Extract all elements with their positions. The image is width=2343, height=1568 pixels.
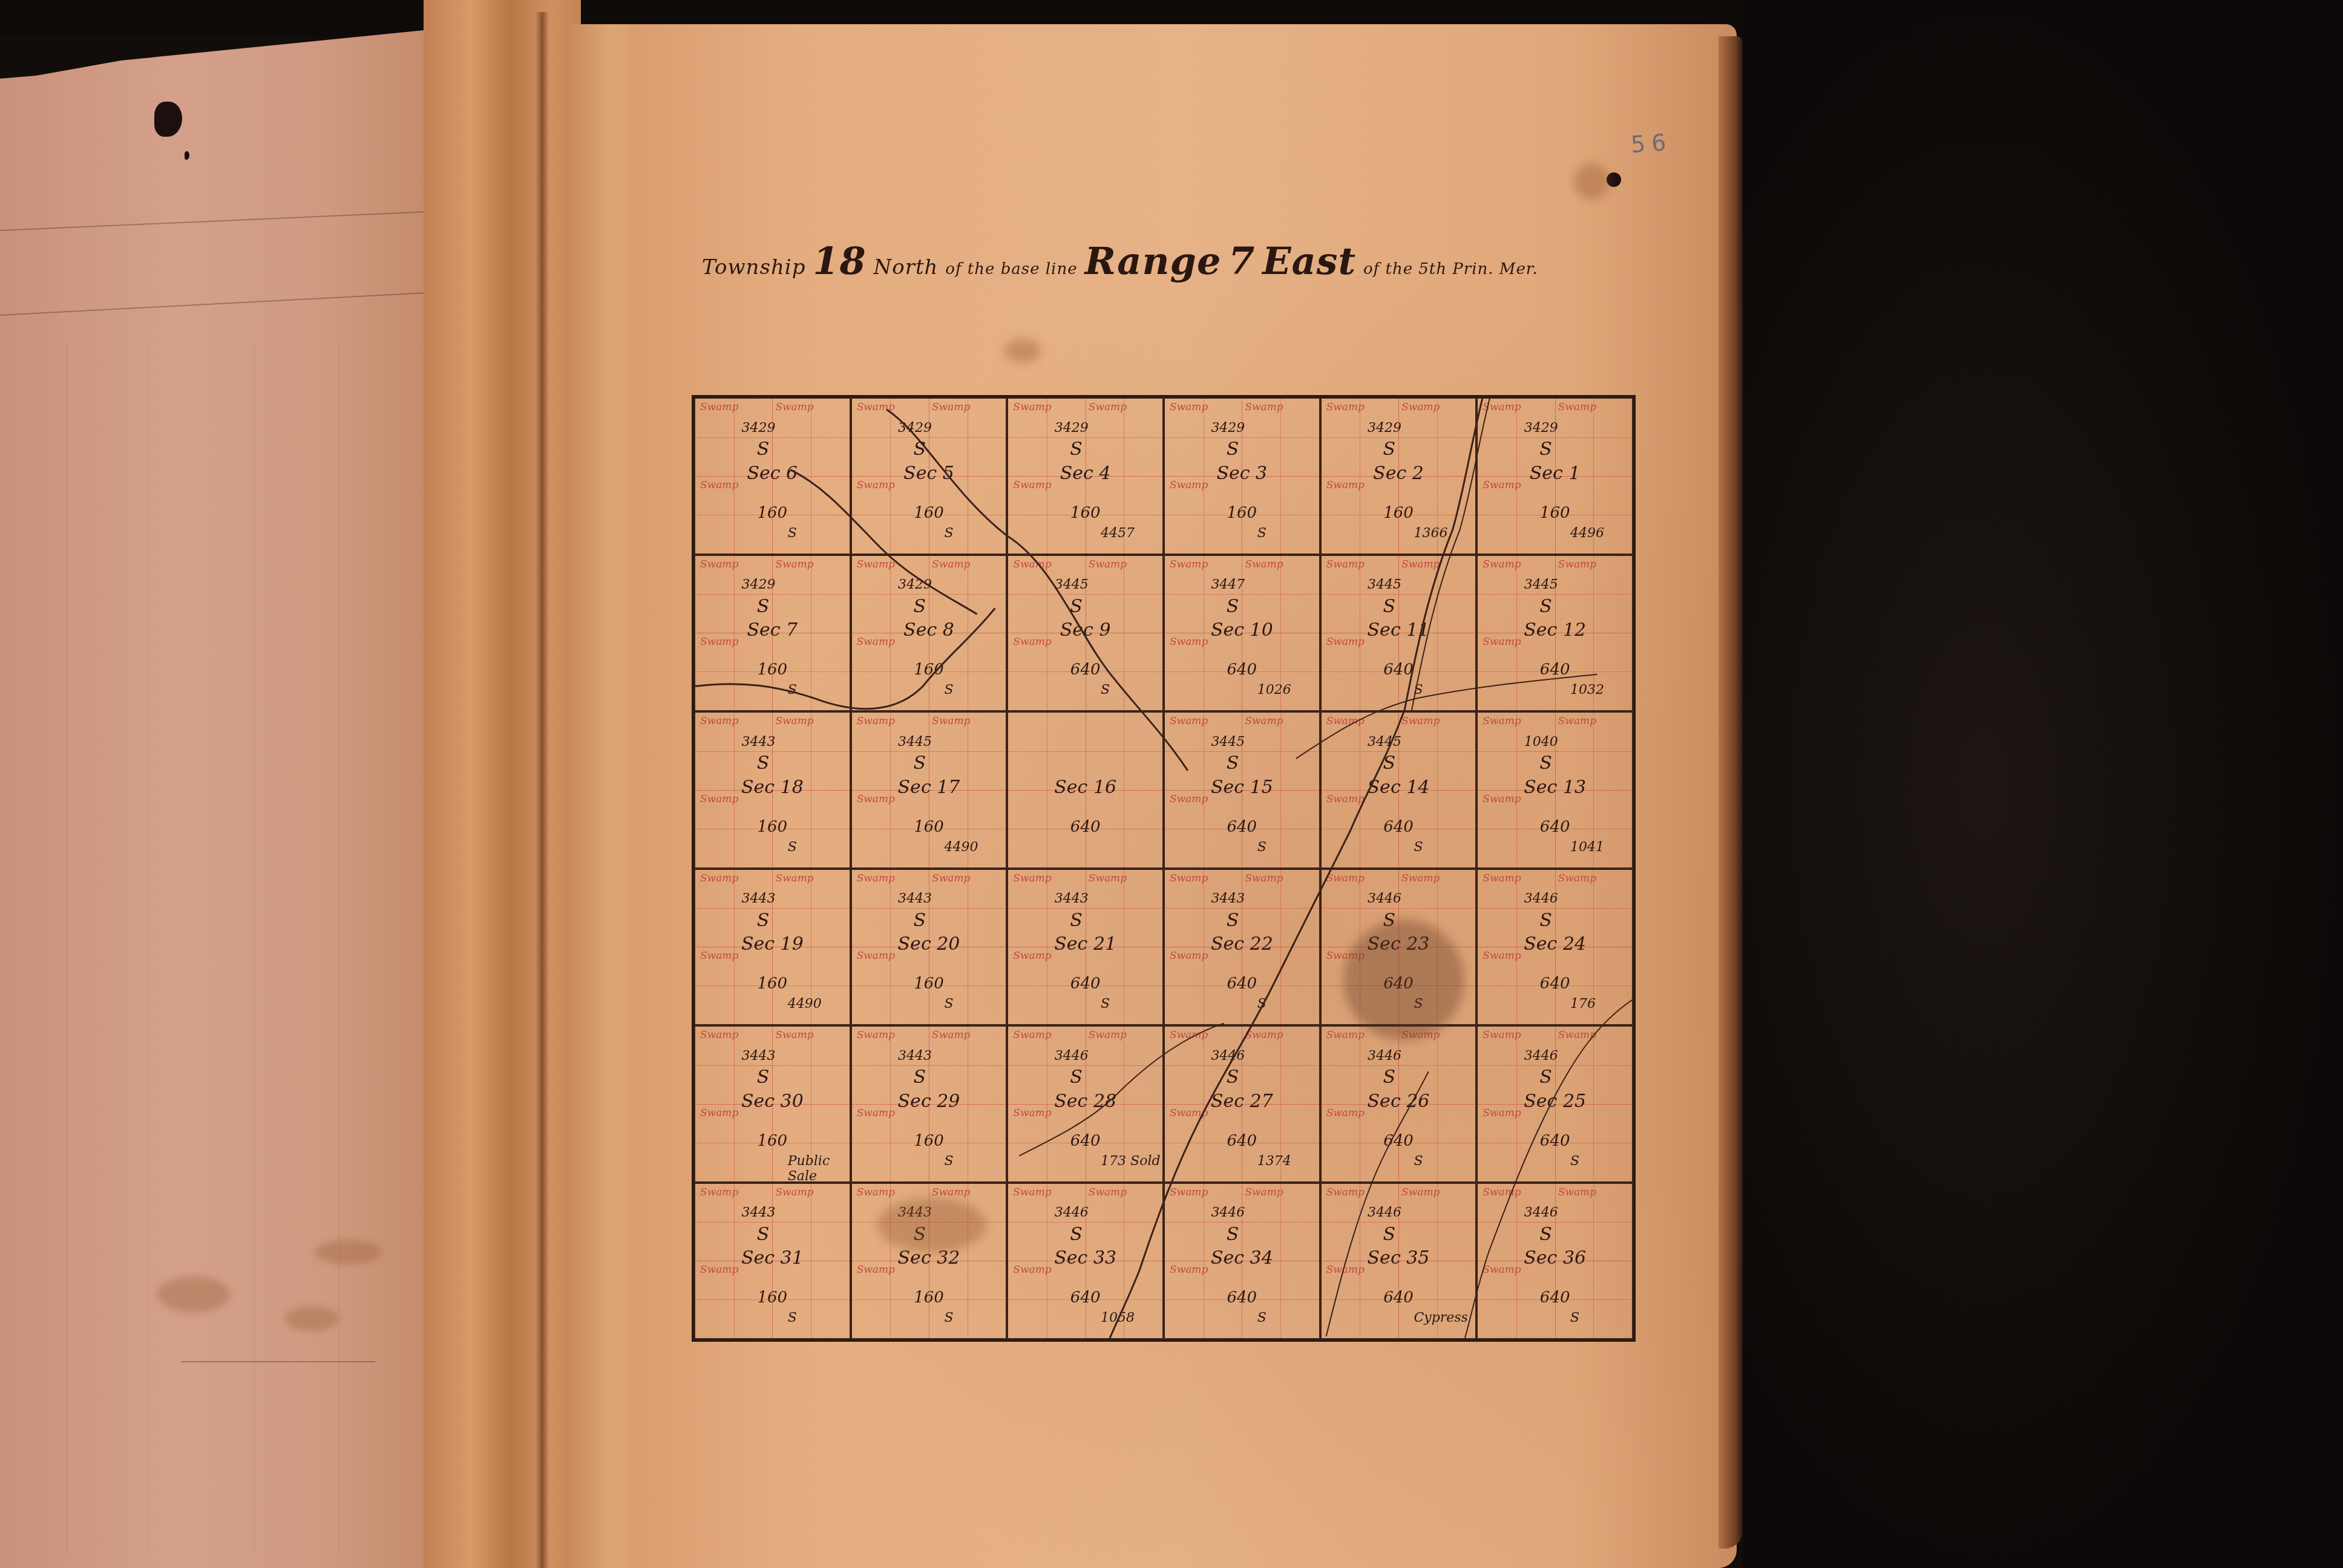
section-label: Sec 24 [1524, 933, 1586, 955]
quarter-line [695, 1065, 850, 1066]
swamp-label: Swamp [857, 872, 895, 884]
plat-section-10: Swamp Swamp Swamp 3447 1026 S Sec 10 640 [1164, 555, 1320, 712]
section-annotation: 3446 [1368, 1048, 1401, 1063]
swamp-label: Swamp [857, 950, 895, 962]
section-annotation: 3446 [1211, 1048, 1245, 1063]
swamp-label: Swamp [1483, 950, 1521, 962]
section-label: Sec 8 [903, 619, 954, 641]
section-annotation: 3446 [1524, 891, 1558, 906]
swamp-label: Swamp [775, 558, 813, 570]
plat-section-31: Swamp Swamp Swamp 3443 S S Sec 31 160 [694, 1183, 851, 1340]
quarter-line [1008, 594, 1162, 595]
section-label: Sec 35 [1368, 1247, 1430, 1269]
quarter-line [1516, 713, 1517, 867]
swamp-s-mark: S [757, 753, 770, 774]
quarter-line [1008, 1222, 1162, 1223]
swamp-s-mark: S [914, 596, 926, 617]
swamp-label: Swamp [857, 1264, 895, 1276]
swamp-label: Swamp [1326, 715, 1365, 727]
swamp-label: Swamp [1483, 558, 1521, 570]
section-annotation: 3446 [1055, 1048, 1089, 1063]
section-annotation: 3445 [898, 734, 932, 750]
swamp-label: Swamp [1170, 558, 1208, 570]
section-annotation: S [788, 526, 797, 541]
section-label: Sec 25 [1524, 1090, 1586, 1111]
swamp-label: Swamp [1089, 872, 1127, 884]
quarter-line [1204, 556, 1204, 711]
quarter-line [1165, 908, 1319, 909]
swamp-label: Swamp [1401, 558, 1440, 570]
left-page-fold-line [0, 211, 435, 231]
section-acreage: 160 [1540, 504, 1570, 522]
section-annotation: S [1414, 840, 1423, 855]
section-annotation: 3443 [741, 1205, 775, 1220]
swamp-s-mark: S [757, 596, 770, 617]
section-label: Sec 28 [1054, 1090, 1116, 1111]
quarter-line [1165, 437, 1319, 438]
section-annotation: S [1257, 1310, 1267, 1325]
section-label: Sec 12 [1524, 619, 1586, 641]
quarter-line [1124, 556, 1124, 711]
section-annotation: 1032 [1570, 682, 1604, 697]
plat-section-11: Swamp Swamp Swamp 3445 S S Sec 11 640 [1320, 555, 1477, 712]
swamp-s-mark: S [1070, 596, 1083, 617]
swamp-label: Swamp [857, 1029, 895, 1041]
section-annotation: 3429 [741, 577, 775, 592]
photo-scene: 56 Township 18 North of the base line Ra… [0, 0, 2343, 1568]
quarter-line [695, 1222, 850, 1223]
swamp-label: Swamp [1170, 636, 1208, 648]
quarter-line [1047, 556, 1047, 711]
quarter-line [1047, 1184, 1047, 1339]
section-label: Sec 21 [1054, 933, 1116, 955]
spine-crease [536, 12, 549, 1568]
quarter-line [1204, 713, 1204, 867]
quarter-line [890, 713, 891, 867]
quarter-line [1280, 870, 1281, 1025]
quarter-line [811, 556, 811, 711]
quarter-line [1165, 1222, 1319, 1223]
swamp-label: Swamp [1089, 1186, 1127, 1198]
plat-section-34: Swamp Swamp Swamp 3446 S S Sec 34 640 [1164, 1183, 1320, 1340]
quarter-line [1437, 1027, 1438, 1181]
quarter-line [1204, 399, 1204, 554]
swamp-label: Swamp [857, 558, 895, 570]
swamp-label: Swamp [1326, 1107, 1365, 1119]
swamp-label: Swamp [1013, 1107, 1051, 1119]
swamp-label: Swamp [700, 872, 738, 884]
swamp-label: Swamp [1326, 401, 1365, 413]
swamp-s-mark: S [1070, 910, 1083, 931]
quarter-line [1165, 751, 1319, 752]
stain [1004, 339, 1041, 363]
swamp-label: Swamp [857, 793, 895, 805]
section-annotation: 1040 [1524, 734, 1558, 750]
swamp-label: Swamp [700, 793, 738, 805]
quarter-line [1478, 908, 1632, 909]
swamp-label: Swamp [857, 715, 895, 727]
section-annotation: 3443 [1055, 891, 1089, 906]
plat-section-5: Swamp Swamp Swamp 3429 S S Sec 5 160 [851, 397, 1008, 555]
swamp-label: Swamp [775, 1186, 813, 1198]
quarter-line [734, 713, 735, 867]
plat-section-14: Swamp Swamp Swamp 3445 S S Sec 14 640 [1320, 711, 1477, 869]
left-page [0, 30, 436, 1568]
quarter-line [852, 1065, 1006, 1066]
plat-section-22: Swamp Swamp Swamp 3443 S S Sec 22 640 [1164, 869, 1320, 1026]
quarter-line [811, 1184, 811, 1339]
swamp-label: Swamp [1401, 715, 1440, 727]
quarter-line [968, 556, 968, 711]
swamp-s-mark: S [757, 1224, 770, 1245]
title-east: East [1262, 239, 1356, 283]
swamp-label: Swamp [1170, 715, 1208, 727]
quarter-line [1204, 870, 1204, 1025]
ink-speck [185, 151, 189, 160]
section-label: Sec 16 [1054, 776, 1116, 797]
swamp-label: Swamp [1013, 872, 1051, 884]
swamp-label: Swamp [1245, 1186, 1283, 1198]
plat-section-6: Swamp Swamp Swamp 3429 S S Sec 6 160 [694, 397, 851, 555]
section-label: Sec 36 [1524, 1247, 1586, 1269]
swamp-label: Swamp [1326, 1264, 1365, 1276]
section-acreage: 640 [1383, 661, 1414, 679]
swamp-label: Swamp [1326, 558, 1365, 570]
quarter-line [852, 437, 1006, 438]
section-acreage: 640 [1540, 975, 1570, 993]
township-plat-grid: Swamp Swamp Swamp 3429 S S Sec 6 160 Swa… [692, 395, 1636, 1342]
plat-section-3: Swamp Swamp Swamp 3429 S S Sec 3 160 [1164, 397, 1320, 555]
quarter-line [1360, 556, 1360, 711]
plat-section-27: Swamp Swamp Swamp 3446 1374 S Sec 27 640 [1164, 1025, 1320, 1183]
section-annotation: 3445 [1055, 577, 1089, 592]
plat-section-12: Swamp Swamp Swamp 3445 1032 S Sec 12 640 [1476, 555, 1633, 712]
swamp-label: Swamp [1326, 479, 1365, 491]
section-acreage: 160 [758, 818, 788, 836]
swamp-label: Swamp [1245, 401, 1283, 413]
section-label: Sec 30 [741, 1090, 804, 1111]
swamp-label: Swamp [1089, 1029, 1127, 1041]
section-annotation: 3429 [1211, 420, 1245, 436]
section-acreage: 160 [758, 1132, 788, 1150]
swamp-s-mark: S [1070, 1224, 1083, 1245]
swamp-s-mark: S [1383, 1224, 1396, 1245]
quarter-line [1322, 437, 1476, 438]
swamp-s-mark: S [1227, 910, 1239, 931]
swamp-s-mark: S [914, 439, 926, 460]
swamp-label: Swamp [700, 479, 738, 491]
quarter-line [1516, 870, 1517, 1025]
swamp-s-mark: S [1070, 1067, 1083, 1088]
quarter-line [890, 870, 891, 1025]
plat-section-1: Swamp Swamp Swamp 3429 4496 S Sec 1 160 [1476, 397, 1633, 555]
section-annotation: 3445 [1524, 577, 1558, 592]
quarter-line [734, 1184, 735, 1339]
section-annotation: S [1101, 682, 1110, 697]
page-edge [1719, 36, 1743, 1549]
quarter-line [1516, 556, 1517, 711]
plat-section-4: Swamp Swamp Swamp 3429 4457 S Sec 4 160 [1007, 397, 1164, 555]
quarter-line [1322, 908, 1476, 909]
swamp-label: Swamp [1089, 558, 1127, 570]
left-page-ruling [254, 345, 255, 1555]
quarter-line [695, 751, 850, 752]
section-acreage: 640 [1540, 661, 1570, 679]
stain [1343, 920, 1464, 1040]
section-annotation: 3446 [1524, 1048, 1558, 1063]
quarter-line [1516, 1027, 1517, 1181]
book-spine [424, 0, 581, 1568]
section-annotation: 3429 [1055, 420, 1089, 436]
swamp-label: Swamp [700, 636, 738, 648]
quarter-line [1008, 751, 1162, 752]
section-annotation: 4457 [1101, 526, 1135, 541]
swamp-s-mark: S [1383, 596, 1396, 617]
section-acreage: 640 [1540, 818, 1570, 836]
quarter-line [1478, 594, 1632, 595]
section-annotation: S [1257, 840, 1267, 855]
quarter-line [1280, 399, 1281, 554]
quarter-line [890, 1027, 891, 1181]
swamp-label: Swamp [1483, 1029, 1521, 1041]
swamp-label: Swamp [1401, 1186, 1440, 1198]
swamp-label: Swamp [1170, 1264, 1208, 1276]
quarter-line [1124, 870, 1124, 1025]
quarter-line [1165, 594, 1319, 595]
section-label: Sec 29 [898, 1090, 960, 1111]
section-annotation: S [1570, 1310, 1579, 1325]
page-number: 56 [1630, 129, 1673, 158]
section-annotation: S [1414, 1154, 1423, 1169]
section-label: Sec 13 [1524, 776, 1586, 797]
swamp-s-mark: S [914, 910, 926, 931]
swamp-label: Swamp [1089, 401, 1127, 413]
swamp-label: Swamp [700, 1264, 738, 1276]
section-acreage: 640 [1383, 1132, 1414, 1150]
plat-section-7: Swamp Swamp Swamp 3429 S S Sec 7 160 [694, 555, 851, 712]
plat-section-9: Swamp Swamp Swamp 3445 S S Sec 9 640 [1007, 555, 1164, 712]
section-label: Sec 9 [1060, 619, 1111, 641]
swamp-label: Swamp [932, 1029, 970, 1041]
section-annotation: 4496 [1570, 526, 1604, 541]
swamp-label: Swamp [1483, 636, 1521, 648]
left-page-ruling [339, 345, 339, 1555]
stain [284, 1307, 339, 1331]
title-township: Township [702, 255, 806, 279]
swamp-s-mark: S [1227, 1067, 1239, 1088]
section-acreage: 160 [758, 1289, 788, 1307]
plat-section-16: Sec 16 640 [1007, 711, 1164, 869]
swamp-label: Swamp [1013, 950, 1051, 962]
swamp-label: Swamp [1170, 950, 1208, 962]
plat-section-18: Swamp Swamp Swamp 3443 S S Sec 18 160 [694, 711, 851, 869]
swamp-label: Swamp [700, 950, 738, 962]
swamp-label: Swamp [1170, 872, 1208, 884]
section-annotation: S [944, 996, 953, 1011]
plat-section-8: Swamp Swamp Swamp 3429 S S Sec 8 160 [851, 555, 1008, 712]
section-annotation: 3429 [741, 420, 775, 436]
swamp-label: Swamp [700, 401, 738, 413]
quarter-line [1047, 870, 1047, 1025]
plat-section-17: Swamp Swamp Swamp 3445 4490 S Sec 17 160 [851, 711, 1008, 869]
swamp-s-mark: S [1539, 753, 1552, 774]
swamp-label: Swamp [775, 715, 813, 727]
section-annotation: 3446 [1368, 891, 1401, 906]
section-annotation: 3429 [898, 420, 932, 436]
section-acreage: 640 [1070, 661, 1101, 679]
quarter-line [1478, 1065, 1632, 1066]
swamp-label: Swamp [1558, 558, 1596, 570]
swamp-label: Swamp [932, 401, 970, 413]
plat-section-13: Swamp Swamp Swamp 1040 1041 S Sec 13 640 [1476, 711, 1633, 869]
swamp-label: Swamp [1483, 793, 1521, 805]
section-acreage: 160 [914, 1132, 944, 1150]
swamp-s-mark: S [1227, 1224, 1239, 1245]
title-range: Range [1084, 239, 1221, 283]
quarter-line [968, 1027, 968, 1181]
section-acreage: 160 [914, 975, 944, 993]
section-label: Sec 6 [747, 462, 798, 483]
quarter-line [1593, 1184, 1594, 1339]
section-acreage: 160 [1070, 504, 1101, 522]
section-acreage: 640 [1227, 975, 1257, 993]
quarter-line [968, 399, 968, 554]
quarter-line [1047, 399, 1047, 554]
swamp-label: Swamp [1245, 558, 1283, 570]
section-annotation: 3443 [741, 891, 775, 906]
quarter-line [1204, 1027, 1204, 1181]
swamp-label: Swamp [1013, 558, 1051, 570]
section-annotation: 3429 [1368, 420, 1401, 436]
swamp-label: Swamp [1483, 401, 1521, 413]
swamp-label: Swamp [1170, 401, 1208, 413]
quarter-line [890, 556, 891, 711]
section-acreage: 160 [914, 818, 944, 836]
swamp-label: Swamp [1401, 401, 1440, 413]
section-label: Sec 15 [1211, 776, 1273, 797]
swamp-label: Swamp [857, 401, 895, 413]
swamp-s-mark: S [1227, 439, 1239, 460]
section-annotation: Cypress [1414, 1310, 1467, 1325]
section-annotation: S [944, 1154, 953, 1169]
section-annotation: 3443 [741, 1048, 775, 1063]
swamp-label: Swamp [700, 1186, 738, 1198]
section-annotation: S [944, 1310, 953, 1325]
quarter-line [1360, 713, 1360, 867]
quarter-line [1478, 437, 1632, 438]
quarter-line [1360, 1184, 1360, 1339]
quarter-line [1008, 908, 1162, 909]
quarter-line [1437, 713, 1438, 867]
quarter-line [968, 870, 968, 1025]
quarter-line [1280, 713, 1281, 867]
section-annotation: 1058 [1101, 1310, 1135, 1325]
stain [157, 1276, 230, 1313]
swamp-label: Swamp [1170, 479, 1208, 491]
plat-section-26: Swamp Swamp Swamp 3446 S S Sec 26 640 [1320, 1025, 1477, 1183]
plat-section-24: Swamp Swamp Swamp 3446 176 S Sec 24 640 [1476, 869, 1633, 1026]
section-label: Sec 2 [1373, 462, 1424, 483]
section-acreage: 640 [1383, 1289, 1414, 1307]
plat-section-19: Swamp Swamp Swamp 3443 4490 S Sec 19 160 [694, 869, 851, 1026]
swamp-label: Swamp [1245, 1029, 1283, 1041]
swamp-s-mark: S [914, 1067, 926, 1088]
swamp-label: Swamp [857, 636, 895, 648]
section-annotation: S [788, 840, 797, 855]
swamp-label: Swamp [700, 1029, 738, 1041]
plat-section-30: Swamp Swamp Swamp 3443 Public Sale S Sec… [694, 1025, 851, 1183]
quarter-line [734, 870, 735, 1025]
section-acreage: 640 [1070, 1132, 1101, 1150]
section-label: Sec 31 [741, 1247, 804, 1269]
section-annotation: 3429 [898, 577, 932, 592]
swamp-label: Swamp [932, 715, 970, 727]
swamp-label: Swamp [1326, 636, 1365, 648]
section-acreage: 640 [1070, 1289, 1101, 1307]
section-label: Sec 11 [1368, 619, 1430, 641]
section-annotation: S [1414, 682, 1423, 697]
swamp-label: Swamp [1483, 479, 1521, 491]
quarter-line [1437, 556, 1438, 711]
section-annotation: 173 Sold [1101, 1154, 1160, 1169]
swamp-label: Swamp [1483, 872, 1521, 884]
ink-blot [154, 102, 182, 137]
swamp-s-mark: S [1539, 1224, 1552, 1245]
swamp-label: Swamp [1401, 872, 1440, 884]
section-annotation: 4490 [944, 840, 978, 855]
quarter-line [1204, 1184, 1204, 1339]
section-acreage: 640 [1070, 975, 1101, 993]
section-label: Sec 5 [903, 462, 954, 483]
swamp-label: Swamp [1326, 793, 1365, 805]
section-acreage: 640 [1540, 1289, 1570, 1307]
section-label: Sec 26 [1368, 1090, 1430, 1111]
quarter-line [890, 399, 891, 554]
left-page-fold-line [0, 292, 435, 316]
quarter-line [1516, 1184, 1517, 1339]
section-label: Sec 1 [1530, 462, 1581, 483]
stain [877, 1198, 986, 1252]
section-label: Sec 10 [1211, 619, 1273, 641]
section-annotation: 3443 [741, 734, 775, 750]
swamp-label: Swamp [932, 558, 970, 570]
swamp-label: Swamp [775, 872, 813, 884]
section-label: Sec 27 [1211, 1090, 1273, 1111]
stain [315, 1240, 381, 1264]
section-annotation: S [1101, 996, 1110, 1011]
swamp-s-mark: S [1539, 910, 1552, 931]
swamp-s-mark: S [1227, 596, 1239, 617]
quarter-line [1478, 751, 1632, 752]
swamp-label: Swamp [1013, 479, 1051, 491]
swamp-label: Swamp [1013, 1264, 1051, 1276]
left-page-ruling [182, 1361, 375, 1362]
swamp-s-mark: S [757, 910, 770, 931]
quarter-line [695, 594, 850, 595]
quarter-line [1360, 399, 1360, 554]
section-label: Sec 17 [898, 776, 960, 797]
swamp-label: Swamp [1170, 793, 1208, 805]
plat-section-25: Swamp Swamp Swamp 3446 S S Sec 25 640 [1476, 1025, 1633, 1183]
quarter-line [852, 908, 1006, 909]
quarter-line [852, 751, 1006, 752]
swamp-label: Swamp [1483, 1186, 1521, 1198]
swamp-label: Swamp [700, 558, 738, 570]
section-label: Sec 19 [741, 933, 804, 955]
plat-section-2: Swamp Swamp Swamp 3429 1366 S Sec 2 160 [1320, 397, 1477, 555]
section-annotation: 3443 [1211, 891, 1245, 906]
quarter-line [1008, 1065, 1162, 1066]
